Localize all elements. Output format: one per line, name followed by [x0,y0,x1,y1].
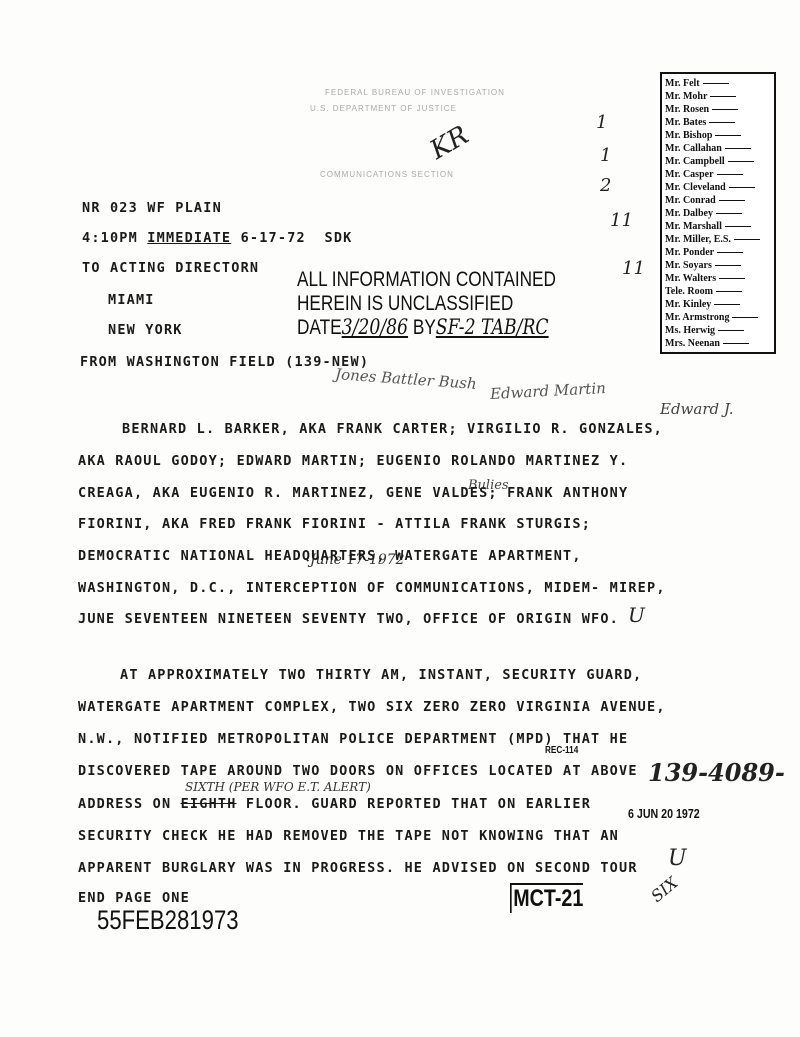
routing-slip-entry: Mr. Bishop [665,129,774,142]
message-number: NR 023 WF PLAIN [82,200,222,216]
transmission-line: 4:10PM IMMEDIATE 6-17-72 SDK [82,230,353,246]
routing-slip-entry: Mr. Armstrong [665,311,774,324]
body-line: DISCOVERED TAPE AROUND TWO DOORS ON OFFI… [78,763,638,779]
margin-number: 11 [610,210,633,231]
handwritten-alias-note: Edward J. [660,400,734,418]
routing-slip-entry: Mr. Conrad [665,194,774,207]
caption-line: CREAGA, AKA EUGENIO R. MARTINEZ, GENE VA… [78,485,628,501]
transmission-time: 4:10PM [82,230,138,246]
routing-slip-entry: Mr. Mohr [665,90,774,103]
declass-stamp-line-3: DATE3/20/86 BYSF-2 TAB/RC [297,315,549,340]
routing-slip-entry: Mr. Felt [665,77,774,90]
routing-slip-entry: Mr. Walters [665,272,774,285]
margin-number: 1 [600,145,611,166]
body-line: APPARENT BURGLARY WAS IN PROGRESS. HE AD… [78,860,638,876]
to-line: TO ACTING DIRECTORN [82,260,259,276]
classification-mark: U [628,603,645,627]
routing-slip-entry: Mr. Marshall [665,220,774,233]
letterhead-line-3: COMMUNICATIONS SECTION [320,170,454,179]
body-line: SECURITY CHECK HE HAD REMOVED THE TAPE N… [78,828,619,844]
rec-stamp: REC-114 [545,745,578,756]
body-line: WATERGATE APARTMENT COMPLEX, TWO SIX ZER… [78,699,666,715]
caption-line: JUNE SEVENTEEN NINETEEN SEVENTY TWO, OFF… [78,611,619,627]
declass-by-value: SF-2 TAB/RC [436,315,549,339]
body-line: AT APPROXIMATELY TWO THIRTY AM, INSTANT,… [120,667,642,683]
declass-date-value: 3/20/86 [342,315,408,339]
recipient-miami: MIAMI [108,292,155,308]
routing-slip-entry: Mr. Casper [665,168,774,181]
routing-slip-entry: Mr. Bates [665,116,774,129]
declass-stamp-line-1: ALL INFORMATION CONTAINED [297,268,556,292]
routing-slip-entry: Mr. Soyars [665,259,774,272]
document-page: FEDERAL BUREAU OF INVESTIGATION U.S. DEP… [0,0,800,1037]
routing-slip-entry: Ms. Herwig [665,324,774,337]
serial-date-stamp: 6 JUN 20 1972 [628,806,700,821]
declass-stamp-line-2: HEREIN IS UNCLASSIFIED [297,292,513,316]
priority: IMMEDIATE [147,230,231,246]
handwritten-sub-mark: SIX [647,873,681,906]
routing-slip-entry: Mrs. Neenan [665,337,774,350]
handwritten-initials: KR [425,120,474,165]
caption-line: FIORINI, AKA FRED FRANK FIORINI - ATTILA… [78,516,591,532]
routing-slip: Mr. FeltMr. MohrMr. RosenMr. BatesMr. Bi… [660,72,776,354]
routing-slip-entry: Mr. Miller, E.S. [665,233,774,246]
routing-slip-entry: Mr. Cleveland [665,181,774,194]
handwritten-floor-correction: SIXTH (PER WFO E.T. ALERT) [185,780,371,794]
classification-mark: U [668,846,687,871]
mct-stamp: MCT-21 [510,883,583,913]
declass-by-label: BY [413,316,436,339]
routing-slip-entry: Mr. Kinley [665,298,774,311]
routing-slip-entry: Mr. Dalbey [665,207,774,220]
margin-number: 2 [600,175,611,196]
body-line: ADDRESS ON EIGHTH FLOOR. GUARD REPORTED … [78,796,591,812]
margin-number: 1 [596,112,607,133]
caption-line: DEMOCRATIC NATIONAL HEADQUARTERS, WATERG… [78,548,582,564]
struck-word: EIGHTH [181,796,237,812]
operator-initials: SDK [325,230,353,246]
body-text: FLOOR. GUARD REPORTED THAT ON EARLIER [246,796,591,812]
handwritten-alias-note: Jones Battler Bush [335,365,478,393]
caption-line: WASHINGTON, D.C., INTERCEPTION OF COMMUN… [78,580,666,596]
routing-slip-entry: Tele. Room [665,285,774,298]
recipient-new-york: NEW YORK [108,322,183,338]
routing-slip-entry: Mr. Campbell [665,155,774,168]
declass-date-label: DATE [297,316,342,339]
handwritten-file-number: 139-4089- [648,758,785,787]
file-date-stamp: 55FEB281973 [97,905,239,936]
letterhead-line-1: FEDERAL BUREAU OF INVESTIGATION [325,88,505,97]
handwritten-alias-note: Edward Martin [490,379,607,403]
margin-number: 11 [622,258,645,279]
letterhead-line-2: U.S. DEPARTMENT OF JUSTICE [310,104,457,113]
transmission-date: 6-17-72 [241,230,306,246]
routing-slip-entry: Mr. Ponder [665,246,774,259]
routing-slip-entry: Mr. Rosen [665,103,774,116]
from-line: FROM WASHINGTON FIELD (139-NEW) [80,354,369,370]
caption-line: BERNARD L. BARKER, AKA FRANK CARTER; VIR… [122,421,663,437]
caption-line: AKA RAOUL GODOY; EDWARD MARTIN; EUGENIO … [78,453,628,469]
body-text: ADDRESS ON [78,796,171,812]
end-page-line: END PAGE ONE [78,890,190,906]
routing-slip-entry: Mr. Callahan [665,142,774,155]
